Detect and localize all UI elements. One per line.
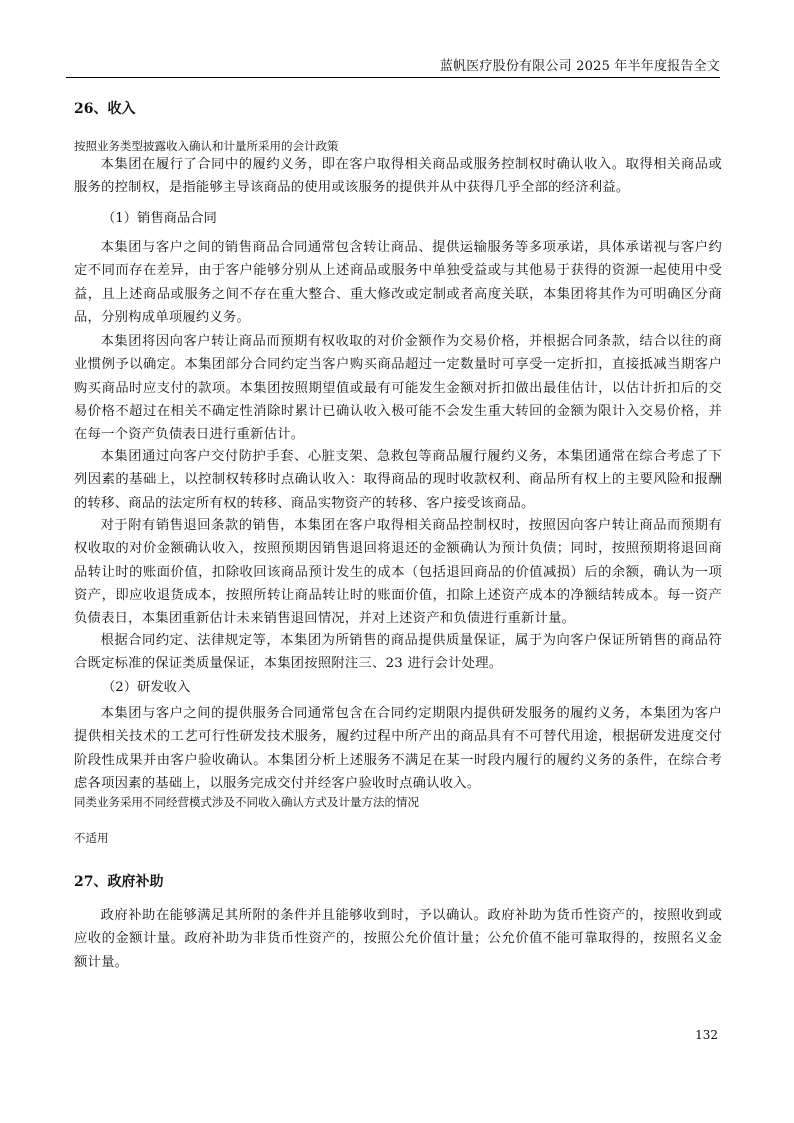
sales-paragraph-3: 本集团通过向客户交付防护手套、心脏支架、急救包等商品履行履约义务，本集团通常在综…: [74, 445, 722, 515]
revenue-intro-paragraph: 本集团在履行了合同中的履约义务，即在客户取得相关商品或服务控制权时确认收入。取得…: [74, 153, 722, 200]
page-header: 蓝帆医疗股份有限公司 2025 年半年度报告全文: [66, 52, 720, 78]
subsection-title-sales-contracts: （1）销售商品合同: [102, 207, 217, 226]
sales-paragraph-1: 本集团与客户之间的销售商品合同通常包含转让商品、提供运输服务等多项承诺，具体承诺…: [74, 236, 722, 329]
business-mode-note-title: 同类业务采用不同经营模式涉及不同收入确认方式及计量方法的情况: [74, 794, 419, 810]
sales-paragraph-4: 对于附有销售退回条款的销售，本集团在客户取得相关商品控制权时，按照因向客户转让商…: [74, 514, 722, 630]
subsection-title-rd-revenue: （2）研发收入: [102, 676, 190, 695]
rd-paragraph-1: 本集团与客户之间的提供服务合同通常包含在合同约定期限内提供研发服务的履约义务，本…: [74, 702, 722, 795]
sales-paragraph-5: 根据合同约定、法律规定等，本集团为所销售的商品提供质量保证，属于为向客户保证所销…: [74, 629, 722, 676]
revenue-policy-subtitle: 按照业务类型披露收入确认和计量所采用的会计政策: [74, 138, 339, 154]
sales-paragraph-2: 本集团将因向客户转让商品而预期有权收取的对价金额作为交易价格，并根据合同条款，结…: [74, 330, 722, 446]
section-heading-government-grants: 27、政府补助: [74, 871, 163, 891]
report-title: 蓝帆医疗股份有限公司 2025 年半年度报告全文: [440, 55, 720, 74]
business-mode-note-value: 不适用: [74, 830, 109, 846]
government-grants-paragraph: 政府补助在能够满足其所附的条件并且能够收到时，予以确认。政府补助为货币性资产的，…: [74, 904, 722, 974]
page-number: 132: [695, 1028, 718, 1042]
section-heading-revenue: 26、收入: [74, 98, 135, 118]
